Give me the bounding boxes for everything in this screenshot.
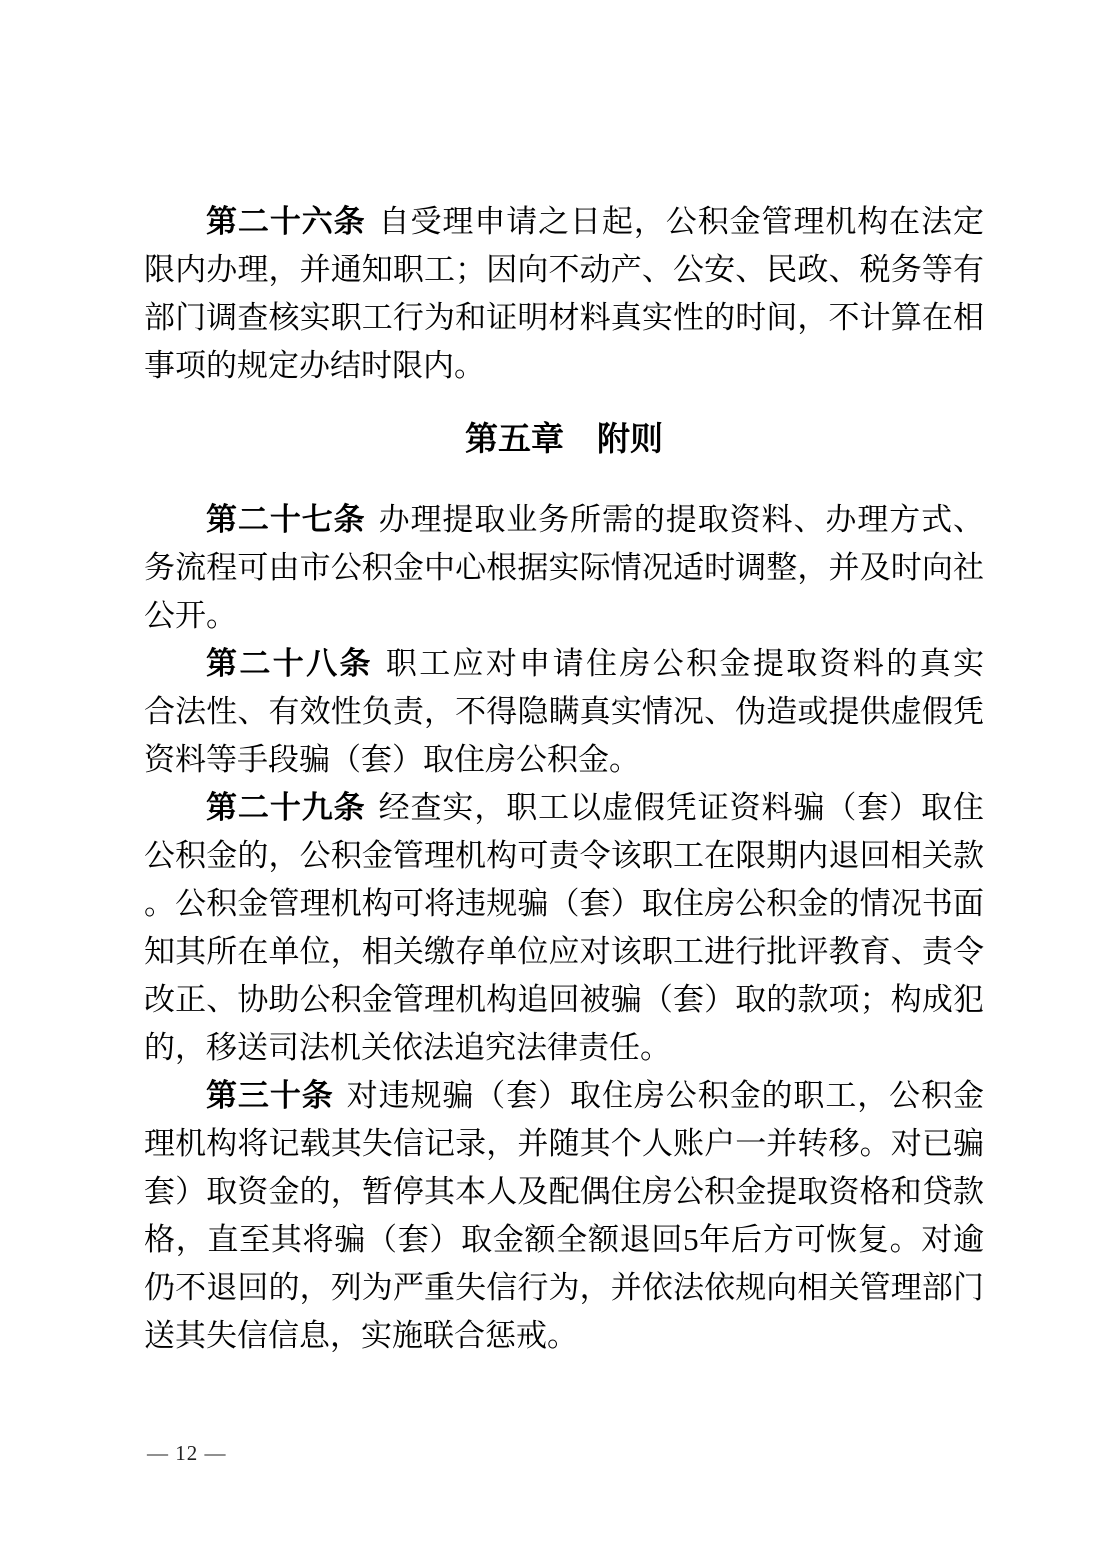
text-line: 合法性、有效性负责，不得隐瞒真实情况、伪造或提供虚假凭证 — [144, 688, 984, 736]
text-line: 的，移送司法机关依法追究法律责任。 — [144, 1024, 984, 1072]
text-line: 部门调查核实职工行为和证明材料真实性的时间，不计算在相应 — [144, 294, 984, 342]
article-number: 第二十九条 — [206, 790, 366, 825]
text-line: 第二十六条自受理申请之日起，公积金管理机构在法定时 — [144, 198, 984, 246]
text-line: 务流程可由市公积金中心根据实际情况适时调整，并及时向社会 — [144, 544, 984, 592]
text-line: 第三十条对违规骗（套）取住房公积金的职工，公积金管 — [144, 1072, 984, 1120]
article-29: 第二十九条经查实，职工以虚假凭证资料骗（套）取住房 公积金的，公积金管理机构可责… — [144, 784, 984, 1072]
text-line: 仍不退回的，列为严重失信行为，并依法依规向相关管理部门报 — [144, 1264, 984, 1312]
text-line: 送其失信信息，实施联合惩戒。 — [144, 1312, 984, 1360]
text-line: 事项的规定办结时限内。 — [144, 342, 984, 390]
article-number: 第二十八条 — [206, 646, 373, 681]
chapter-heading: 第五章 附则 — [144, 416, 984, 464]
article-number: 第三十条 — [206, 1078, 334, 1113]
text-line: 改正、协助公积金管理机构追回被骗（套）取的款项；构成犯罪 — [144, 976, 984, 1024]
article-number: 第二十七条 — [206, 502, 366, 537]
article-number: 第二十六条 — [206, 204, 366, 239]
text-line: 格，直至其将骗（套）取金额全额退回5年后方可恢复。对逾期 — [144, 1216, 984, 1264]
text-line: 理机构将记载其失信记录，并随其个人账户一并转移。对已骗（ — [144, 1120, 984, 1168]
text-line: 第二十七条办理提取业务所需的提取资料、办理方式、业 — [144, 496, 984, 544]
text-line: 第二十八条职工应对申请住房公积金提取资料的真实性、 — [144, 640, 984, 688]
text-line: 资料等手段骗（套）取住房公积金。 — [144, 736, 984, 784]
page-number: — 12 — — [147, 1441, 227, 1465]
text-line: 知其所在单位，相关缴存单位应对该职工进行批评教育、责令其 — [144, 928, 984, 976]
article-26: 第二十六条自受理申请之日起，公积金管理机构在法定时 限内办理，并通知职工；因向不… — [144, 198, 984, 390]
text-line: 第二十九条经查实，职工以虚假凭证资料骗（套）取住房 — [144, 784, 984, 832]
document-page: 第二十六条自受理申请之日起，公积金管理机构在法定时 限内办理，并通知职工；因向不… — [0, 0, 1102, 1559]
text-line: 限内办理，并通知职工；因向不动产、公安、民政、税务等有关 — [144, 246, 984, 294]
article-30: 第三十条对违规骗（套）取住房公积金的职工，公积金管 理机构将记载其失信记录，并随… — [144, 1072, 984, 1360]
text-line: 公积金的，公积金管理机构可责令该职工在限期内退回相关款项 — [144, 832, 984, 880]
text-line: 套）取资金的，暂停其本人及配偶住房公积金提取资格和贷款资 — [144, 1168, 984, 1216]
page-footer: — 12 — — [147, 1441, 227, 1466]
document-body: 第二十六条自受理申请之日起，公积金管理机构在法定时 限内办理，并通知职工；因向不… — [144, 198, 984, 1360]
text-line: 。公积金管理机构可将违规骗（套）取住房公积金的情况书面告 — [144, 880, 984, 928]
text-line: 公开。 — [144, 592, 984, 640]
article-28: 第二十八条职工应对申请住房公积金提取资料的真实性、 合法性、有效性负责，不得隐瞒… — [144, 640, 984, 784]
article-27: 第二十七条办理提取业务所需的提取资料、办理方式、业 务流程可由市公积金中心根据实… — [144, 496, 984, 640]
